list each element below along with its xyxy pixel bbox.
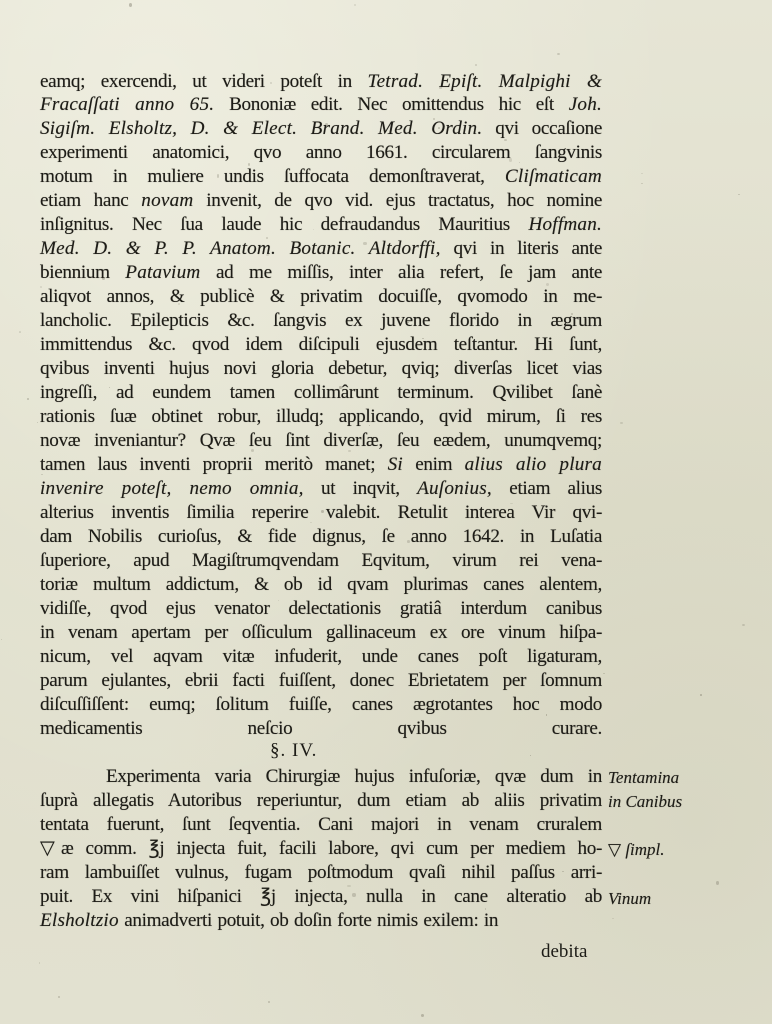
paper-speck — [129, 3, 132, 7]
text-line: novæ inveniantur? Qvæ ſeu ſint diverſæ, … — [40, 429, 602, 453]
italic-text-run: novam — [141, 190, 193, 211]
paper-speck — [39, 962, 40, 964]
paper-speck — [251, 449, 254, 452]
text-run: enim — [403, 454, 465, 475]
text-line: lancholic. Epilepticis &c. ſangvis ex ju… — [40, 309, 602, 333]
italic-text-run: Med. D. & P. P. Anatom. Botanic. Altdorf… — [40, 238, 441, 259]
text-line: alterius inventis ſimilia reperire valeb… — [40, 501, 602, 525]
text-run: in venam apertam per oſſiculum gallinace… — [40, 622, 602, 643]
text-line: rationis ſuæ obtinet robur, illudq; appl… — [40, 405, 602, 429]
paper-speck — [603, 673, 605, 674]
italic-text-run: Hoffman. — [528, 214, 602, 235]
text-run: animadverti potuit, ob doſin forte nimis… — [119, 910, 498, 931]
italic-text-run: Cliſmaticam — [505, 166, 602, 187]
text-line: ram lambuiſſet vulnus, fugam poſtmodum q… — [40, 861, 602, 885]
text-line: Med. D. & P. P. Anatom. Botanic. Altdorf… — [40, 237, 602, 261]
paper-speck — [700, 694, 702, 696]
paper-speck — [352, 893, 355, 896]
paper-speck — [738, 194, 740, 196]
text-run: biennium — [40, 262, 125, 283]
italic-text-run: Tetrad. Epiſt. Malpighi & — [367, 71, 602, 92]
paper-speck — [530, 755, 532, 756]
text-run: ram lambuiſſet vulnus, fugam poſtmodum q… — [40, 862, 602, 883]
italic-text-run: invenire poteſt, nemo omnia, — [40, 478, 304, 499]
text-line: biennium Patavium ad me miſſis, inter al… — [40, 261, 602, 285]
paper-speck — [562, 871, 563, 872]
italic-text-run: Fracaſſati anno 65. — [40, 94, 214, 115]
text-run: toriæ multum addictum, & ob id qvam plur… — [40, 574, 602, 595]
paper-speck — [504, 139, 507, 141]
paper-speck — [37, 422, 38, 423]
text-line: parum ejulantes, ebrii facti fuiſſent, d… — [40, 669, 602, 693]
text-run: lancholic. Epilepticis &c. ſangvis ex ju… — [40, 310, 602, 331]
paper-speck — [742, 624, 745, 626]
text-line: ingreſſi, ad eundem tamen collimârunt te… — [40, 381, 602, 405]
text-line: motum in muliere undis ſuffocata demonſt… — [40, 165, 602, 189]
text-line: eamq; exercendi, ut videri poteſt in Tet… — [40, 70, 602, 94]
margin-note: ▽ ſimpl. — [608, 839, 665, 861]
margin-note: in Canibus — [608, 791, 682, 813]
text-run: tamen laus inventi proprii meritò manet; — [40, 454, 388, 475]
margin-note: Vinum — [608, 888, 651, 910]
paper-speck — [268, 1001, 270, 1003]
italic-text-run: Elsholtzio — [40, 910, 119, 931]
paper-speck — [339, 386, 342, 388]
text-line: etiam hanc novam invenit, de qvo vid. ej… — [40, 189, 602, 213]
text-run: motum in muliere undis ſuffocata demonſt… — [40, 166, 505, 187]
paper-speck — [348, 450, 351, 452]
paper-speck — [641, 173, 643, 174]
text-run: ſuperiore, apud Magiſtrumqvendam Eqvitum… — [40, 550, 602, 571]
paper-speck — [557, 53, 560, 55]
paper-speck — [58, 996, 60, 998]
text-line: tentata fuerunt, ſunt ſeqventia. Cani ma… — [40, 813, 602, 837]
italic-text-run: alius alio plura — [465, 454, 602, 475]
paper-speck — [641, 183, 643, 184]
document-page: eamq; exercendi, ut videri poteſt in Tet… — [0, 0, 772, 1024]
text-line: ſuperiore, apud Magiſtrumqvendam Eqvitum… — [40, 549, 602, 573]
text-run: puit. Ex vini hiſpanici ℥j injecta, null… — [40, 886, 602, 907]
text-line: immittendus &c. qvod idem diſcipuli ejus… — [40, 333, 602, 357]
text-run: aliqvot annos, & publicè & privatim docu… — [40, 286, 602, 307]
text-run: ut inqvit, — [304, 478, 417, 499]
paper-speck — [439, 87, 442, 89]
italic-text-run: Auſonius, — [417, 478, 492, 499]
paper-speck — [354, 4, 356, 6]
text-line: qvibus inventi hujus novi gloria debetur… — [40, 357, 602, 381]
paper-speck — [433, 118, 435, 119]
text-line: inſignitus. Nec ſua laude hic defraudand… — [40, 213, 602, 237]
paper-speck — [248, 163, 250, 165]
text-line: Experimenta varia Chirurgiæ hujus infuſo… — [106, 765, 602, 789]
text-run: vidiſſe, qvod ejus venator delectationis… — [40, 598, 602, 619]
paper-speck — [407, 540, 410, 543]
text-line: nicum, vel aqvam vitæ infuderit, unde ca… — [40, 645, 602, 669]
paper-speck — [278, 600, 279, 601]
text-run: parum ejulantes, ebrii facti fuiſſent, d… — [40, 670, 602, 691]
text-line: Sigiſm. Elsholtz, D. & Elect. Brand. Med… — [40, 117, 602, 141]
paper-speck — [580, 584, 583, 588]
text-run: ſuprà allegatis Autoribus reperiuntur, d… — [40, 790, 602, 811]
text-line: tamen laus inventi proprii meritò manet;… — [40, 453, 602, 477]
text-run: dam Nobilis curioſus, & fide dignus, ſe … — [40, 526, 602, 547]
paper-speck — [570, 346, 572, 349]
text-run: ad me miſſis, inter alia refert, ſe jam … — [200, 262, 602, 283]
paper-speck — [438, 127, 440, 129]
text-run: qvibus inventi hujus novi gloria debetur… — [40, 358, 602, 379]
italic-text-run: Joh. — [569, 94, 602, 115]
text-line: in venam apertam per oſſiculum gallinace… — [40, 621, 602, 645]
text-line: medicamentis neſcio qvibus curare. — [40, 717, 602, 741]
italic-text-run: Si — [388, 454, 403, 475]
text-run: Bononiæ edit. Nec omittendus hic eſt — [214, 94, 568, 115]
text-run: ingreſſi, ad eundem tamen collimârunt te… — [40, 382, 602, 403]
paper-speck — [313, 229, 314, 230]
paper-speck — [325, 123, 327, 126]
text-run: tentata fuerunt, ſunt ſeqventia. Cani ma… — [40, 814, 602, 835]
text-run: etiam hanc — [40, 190, 141, 211]
paper-speck — [1, 639, 2, 640]
text-run: Experimenta varia Chirurgiæ hujus infuſo… — [106, 766, 602, 787]
text-run: qvi occaſione — [482, 118, 602, 139]
paper-speck — [19, 331, 21, 333]
paper-speck — [716, 881, 719, 885]
italic-text-run: Sigiſm. Elsholtz, D. & Elect. Brand. Med… — [40, 118, 482, 139]
text-line: diſcuſſiſſent: eumq; ſolitum fuiſſe, can… — [40, 693, 602, 717]
text-run: rationis ſuæ obtinet robur, illudq; appl… — [40, 406, 602, 427]
text-run: invenit, de qvo vid. ejus tractatus, hoc… — [193, 190, 602, 211]
paper-speck — [421, 1014, 424, 1017]
text-line: toriæ multum addictum, & ob id qvam plur… — [40, 573, 602, 597]
text-line: puit. Ex vini hiſpanici ℥j injecta, null… — [40, 885, 602, 909]
paper-speck — [509, 158, 512, 162]
text-line: ſuprà allegatis Autoribus reperiuntur, d… — [40, 789, 602, 813]
paper-speck — [571, 313, 573, 315]
margin-note: Tentamina — [608, 767, 679, 789]
section-heading: §. IV. — [270, 739, 317, 763]
text-line: Fracaſſati anno 65. Bononiæ edit. Nec om… — [40, 93, 602, 117]
paper-speck — [415, 851, 416, 852]
text-run: qvi in literis ante — [441, 238, 602, 259]
paper-speck — [363, 242, 366, 245]
text-run: medicamentis neſcio qvibus curare. — [40, 718, 602, 739]
text-run: experimenti anatomici, qvo anno 1661. ci… — [40, 142, 602, 163]
paper-speck — [102, 277, 105, 280]
text-run: novæ inveniantur? Qvæ ſeu ſint diverſæ, … — [40, 430, 602, 451]
paper-speck — [266, 254, 269, 256]
text-line: invenire poteſt, nemo omnia, ut inqvit, … — [40, 477, 602, 501]
text-run: etiam alius — [492, 478, 602, 499]
paper-speck — [475, 64, 477, 66]
text-run: immittendus &c. qvod idem diſcipuli ejus… — [40, 334, 602, 355]
text-line: ▽æ comm. ℥j injecta fuit, facili labore,… — [40, 837, 602, 861]
text-line: experimenti anatomici, qvo anno 1661. ci… — [40, 141, 602, 165]
text-line: Elsholtzio animadverti potuit, ob doſin … — [40, 909, 498, 933]
text-line: vidiſſe, qvod ejus venator delectationis… — [40, 597, 602, 621]
text-run: ▽æ comm. ℥j injecta fuit, facili labore,… — [40, 838, 602, 859]
text-line: aliqvot annos, & publicè & privatim docu… — [40, 285, 602, 309]
text-line: dam Nobilis curioſus, & fide dignus, ſe … — [40, 525, 602, 549]
italic-text-run: Patavium — [125, 262, 200, 283]
paper-speck — [612, 918, 613, 919]
paper-speck — [620, 422, 623, 424]
text-run: inſignitus. Nec ſua laude hic defraudand… — [40, 214, 528, 235]
text-run: nicum, vel aqvam vitæ infuderit, unde ca… — [40, 646, 602, 667]
text-run: eamq; exercendi, ut videri poteſt in — [40, 71, 367, 92]
text-run: diſcuſſiſſent: eumq; ſolitum fuiſſe, can… — [40, 694, 602, 715]
paper-speck — [53, 191, 54, 192]
paper-speck — [27, 398, 29, 399]
catchword: debita — [541, 940, 587, 964]
